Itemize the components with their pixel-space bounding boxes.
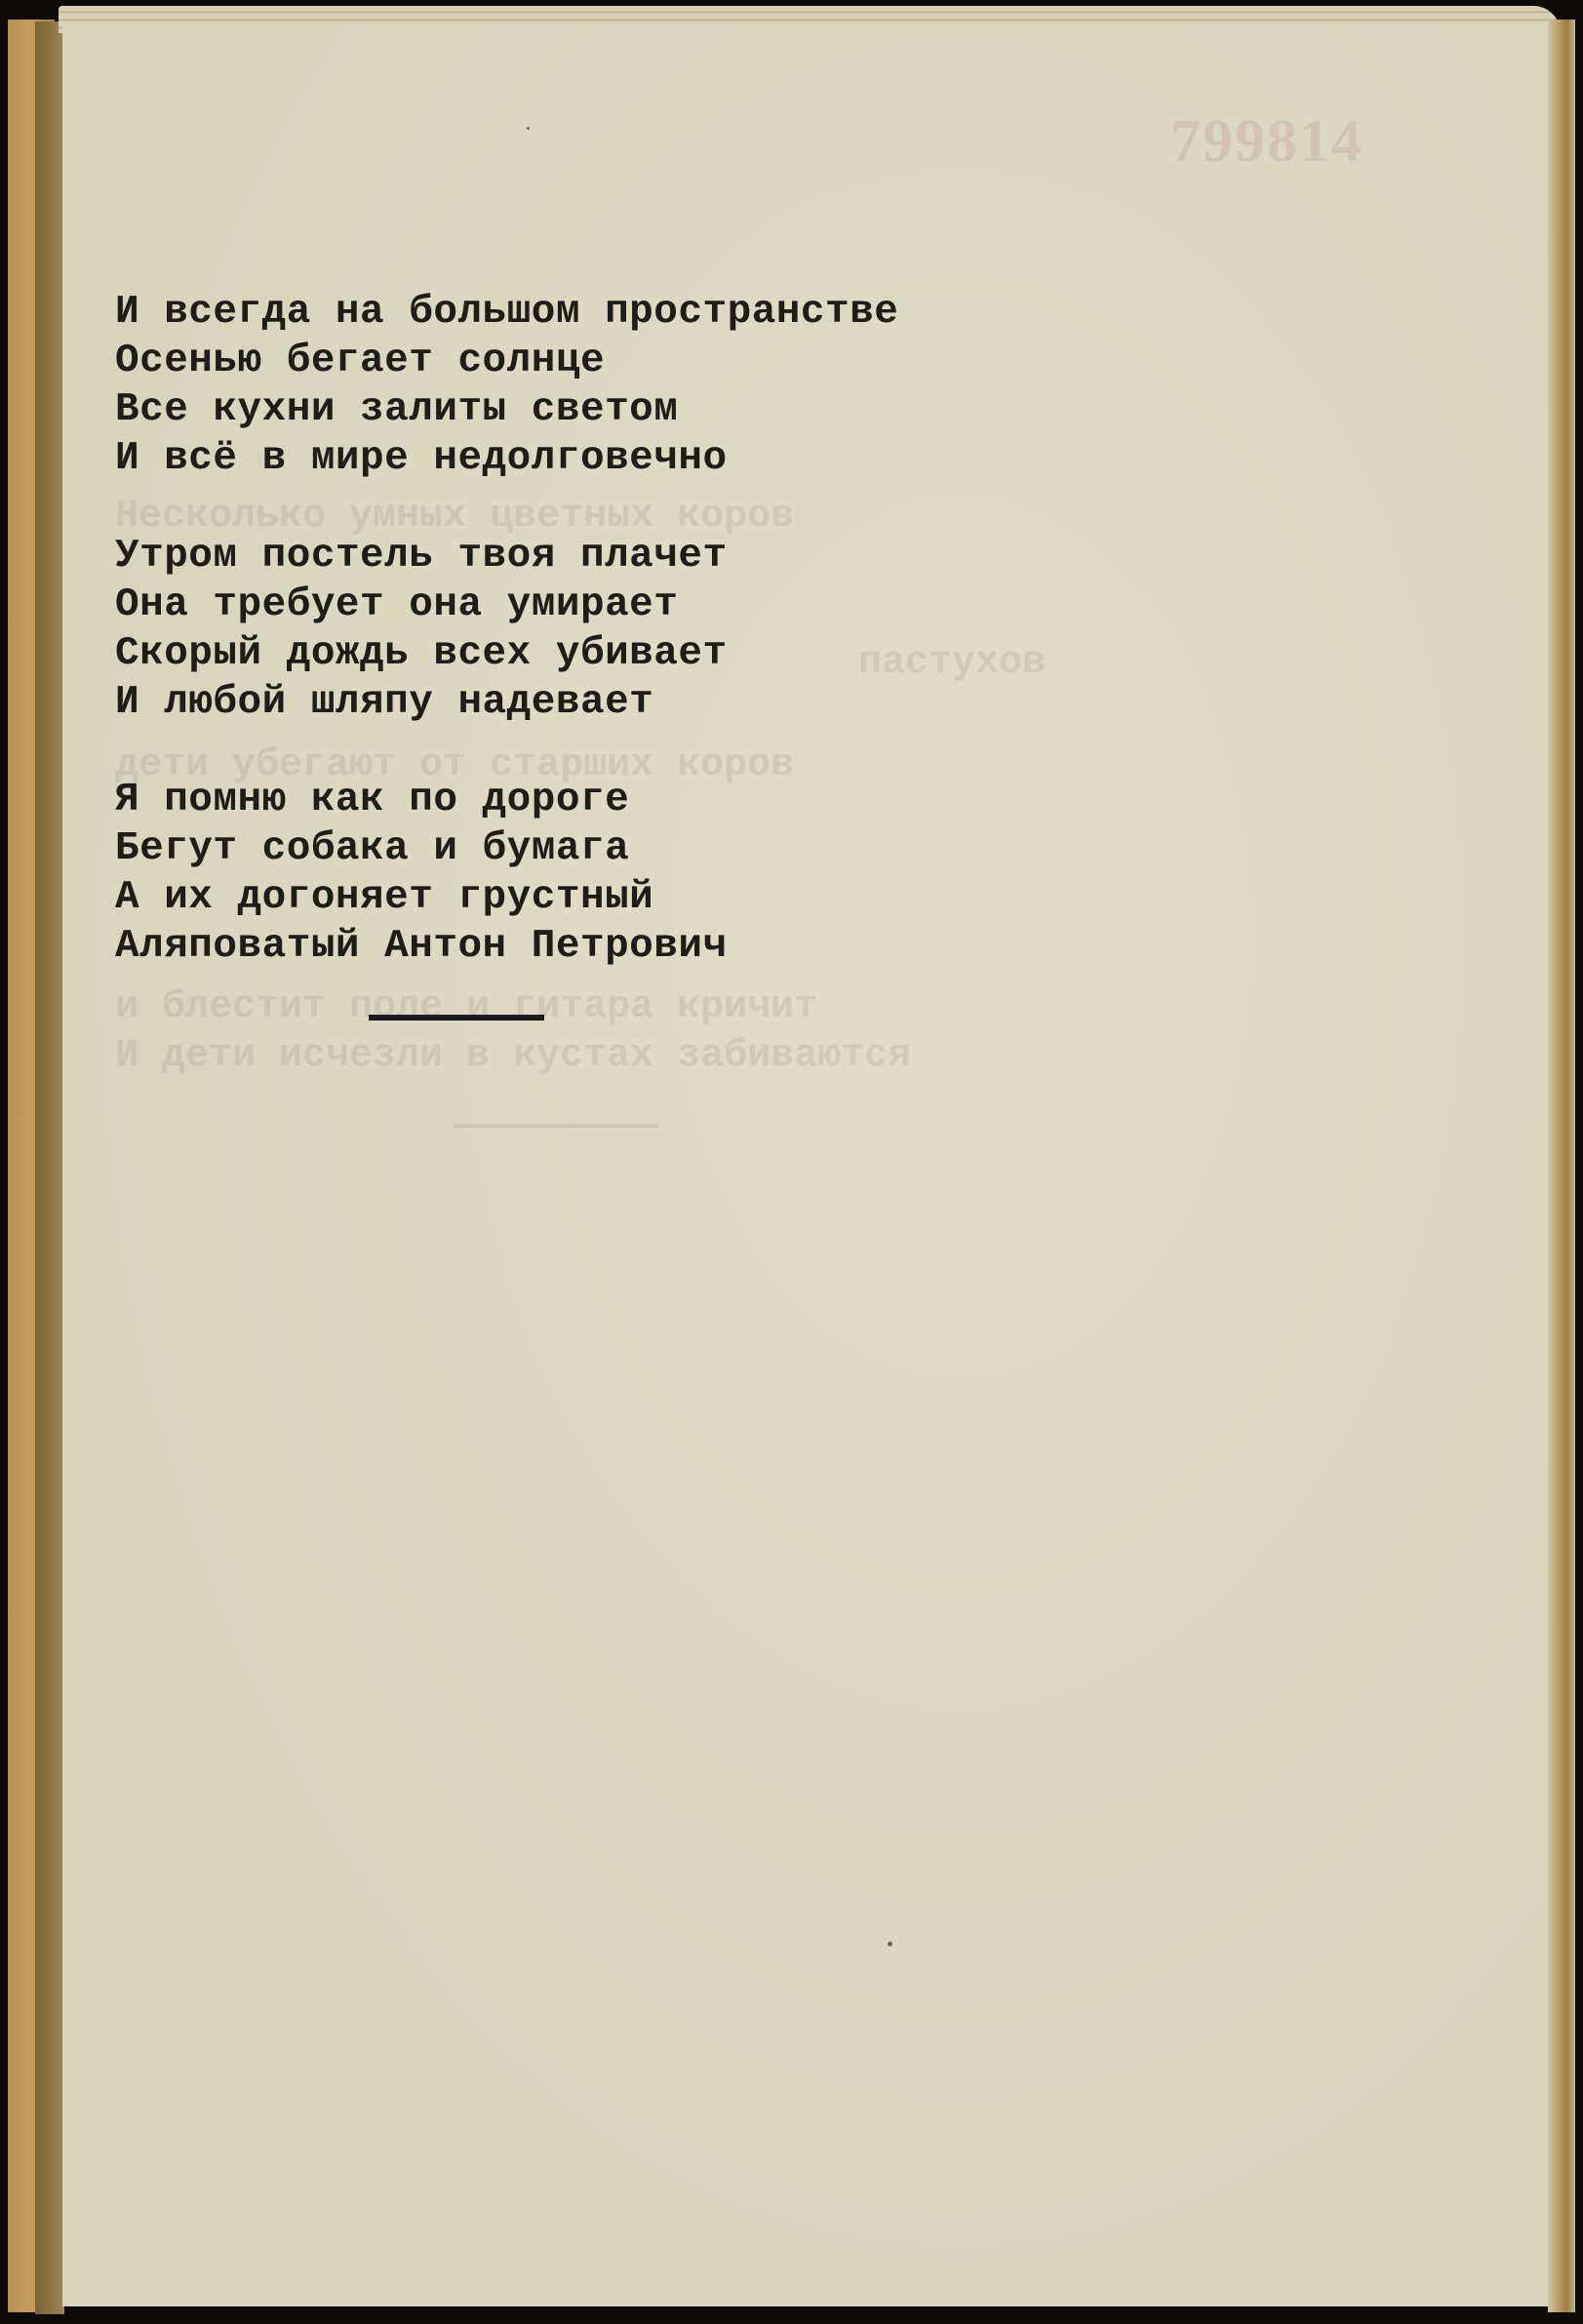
poem-line: Она требует она умирает [115,581,898,629]
paper-speck [527,127,530,130]
poem-line: А их догоняет грустный [115,873,898,922]
show-through-line: И дети исчезли в кустах забиваются [115,1032,911,1081]
poem-line: Все кухни залиты светом [115,385,898,434]
poem-line: Бегут собака и бумага [115,824,898,873]
stanza-2: Утром постель твоя плачет Она требует он… [115,532,898,727]
show-through-line: и блестит поле и гитара кричит [115,983,817,1032]
paper-speck [888,1942,892,1946]
poem-line: Утром постель твоя плачет [115,532,898,581]
poem-text: И всегда на большом пространстве Осенью … [115,288,898,971]
stanza-1: И всегда на большом пространстве Осенью … [115,288,898,483]
end-rule [369,1015,544,1021]
poem-line: Осенью бегает солнце [115,337,898,385]
poem-line: И любой шляпу надевает [115,678,898,727]
poem-line: Аляповатый Антон Петрович [115,922,898,971]
page-stack-right-edge [1548,20,1575,2312]
binding-gutter-shadow [35,21,64,2314]
poem-line: Я помню как по дороге [115,776,898,824]
show-through-rule [454,1124,658,1128]
poem-line: И всегда на большом пространстве [115,288,898,337]
archive-stamp-number: 799814 [1170,107,1364,177]
poem-line: И всё в мире недолговечно [115,434,898,483]
stanza-3: Я помню как по дороге Бегут собака и бум… [115,776,898,971]
poem-line: Скорый дождь всех убивает [115,629,898,678]
